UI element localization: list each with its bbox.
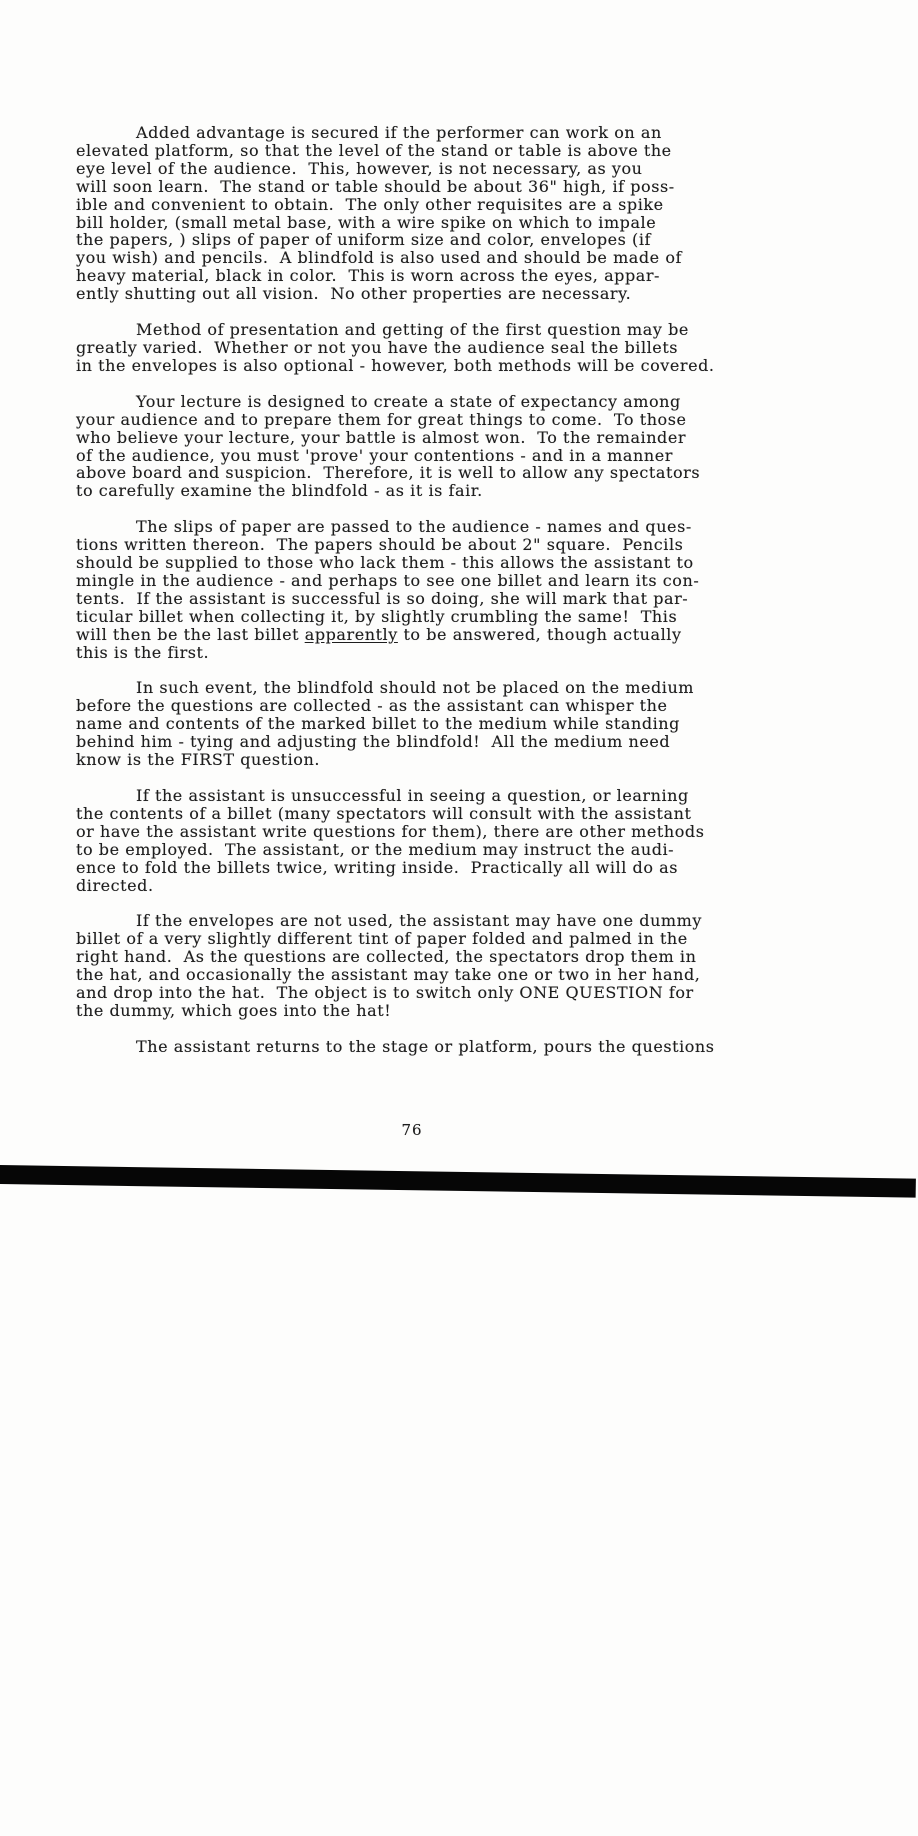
text-line: In such event, the blindfold should not …	[76, 679, 846, 697]
text-line: know is the FIRST question.	[76, 751, 846, 769]
text-line: Method of presentation and getting of th…	[76, 321, 846, 339]
text-line: bill holder, (small metal base, with a w…	[76, 214, 846, 232]
text-line: ence to fold the billets twice, writing …	[76, 859, 846, 877]
text-line: to be employed. The assistant, or the me…	[76, 841, 846, 859]
page-number: 76	[76, 1121, 748, 1139]
text-line: of the audience, you must 'prove' your c…	[76, 447, 846, 465]
text-line: ently shutting out all vision. No other …	[76, 285, 846, 303]
text-line: above board and suspicion. Therefore, it…	[76, 464, 846, 482]
text-line: billet of a very slightly different tint…	[76, 930, 846, 948]
text-line: eye level of the audience. This, however…	[76, 160, 846, 178]
text-line: Added advantage is secured if the perfor…	[76, 124, 846, 142]
paragraph: Method of presentation and getting of th…	[76, 321, 846, 375]
text-line: the contents of a billet (many spectator…	[76, 805, 846, 823]
text-line: directed.	[76, 877, 846, 895]
text-line: will then be the last billet apparently …	[76, 626, 846, 644]
text-line: in the envelopes is also optional - howe…	[76, 357, 846, 375]
text-line: tions written thereon. The papers should…	[76, 536, 846, 554]
text-line: the dummy, which goes into the hat!	[76, 1002, 846, 1020]
text-line: or have the assistant write questions fo…	[76, 823, 846, 841]
underlined-word: apparently	[305, 625, 398, 644]
text-line: ticular billet when collecting it, by sl…	[76, 608, 846, 626]
text-line: will soon learn. The stand or table shou…	[76, 178, 846, 196]
text-line: tents. If the assistant is successful is…	[76, 590, 846, 608]
text-line: The slips of paper are passed to the aud…	[76, 518, 846, 536]
text-line: greatly varied. Whether or not you have …	[76, 339, 846, 357]
text-line: Your lecture is designed to create a sta…	[76, 393, 846, 411]
text-line: The assistant returns to the stage or pl…	[76, 1038, 846, 1056]
text-line: If the assistant is unsuccessful in seei…	[76, 787, 846, 805]
paragraph: The assistant returns to the stage or pl…	[76, 1038, 846, 1056]
text-line: this is the first.	[76, 644, 846, 662]
text-line: If the envelopes are not used, the assis…	[76, 912, 846, 930]
text-line: mingle in the audience - and perhaps to …	[76, 572, 846, 590]
paragraph: Your lecture is designed to create a sta…	[76, 393, 846, 500]
scanned-page: Added advantage is secured if the perfor…	[0, 0, 918, 1836]
text-line: ible and convenient to obtain. The only …	[76, 196, 846, 214]
text-line: before the questions are collected - as …	[76, 697, 846, 715]
text-line: and drop into the hat. The object is to …	[76, 984, 846, 1002]
text-line: heavy material, black in color. This is …	[76, 267, 846, 285]
text-line: to carefully examine the blindfold - as …	[76, 482, 846, 500]
paragraph: In such event, the blindfold should not …	[76, 679, 846, 769]
scan-artifact-bar	[0, 1165, 916, 1198]
text-line: the papers, ) slips of paper of uniform …	[76, 231, 846, 249]
text-line: elevated platform, so that the level of …	[76, 142, 846, 160]
paragraph: Added advantage is secured if the perfor…	[76, 124, 846, 303]
text-line: behind him - tying and adjusting the bli…	[76, 733, 846, 751]
paragraph: If the envelopes are not used, the assis…	[76, 912, 846, 1019]
paragraph: The slips of paper are passed to the aud…	[76, 518, 846, 661]
text-line: right hand. As the questions are collect…	[76, 948, 846, 966]
text-line: should be supplied to those who lack the…	[76, 554, 846, 572]
paragraph: If the assistant is unsuccessful in seei…	[76, 787, 846, 894]
document-text: Added advantage is secured if the perfor…	[76, 124, 846, 1074]
text-line: name and contents of the marked billet t…	[76, 715, 846, 733]
text-line: the hat, and occasionally the assistant …	[76, 966, 846, 984]
text-line: who believe your lecture, your battle is…	[76, 429, 846, 447]
text-line: your audience and to prepare them for gr…	[76, 411, 846, 429]
text-line: you wish) and pencils. A blindfold is al…	[76, 249, 846, 267]
